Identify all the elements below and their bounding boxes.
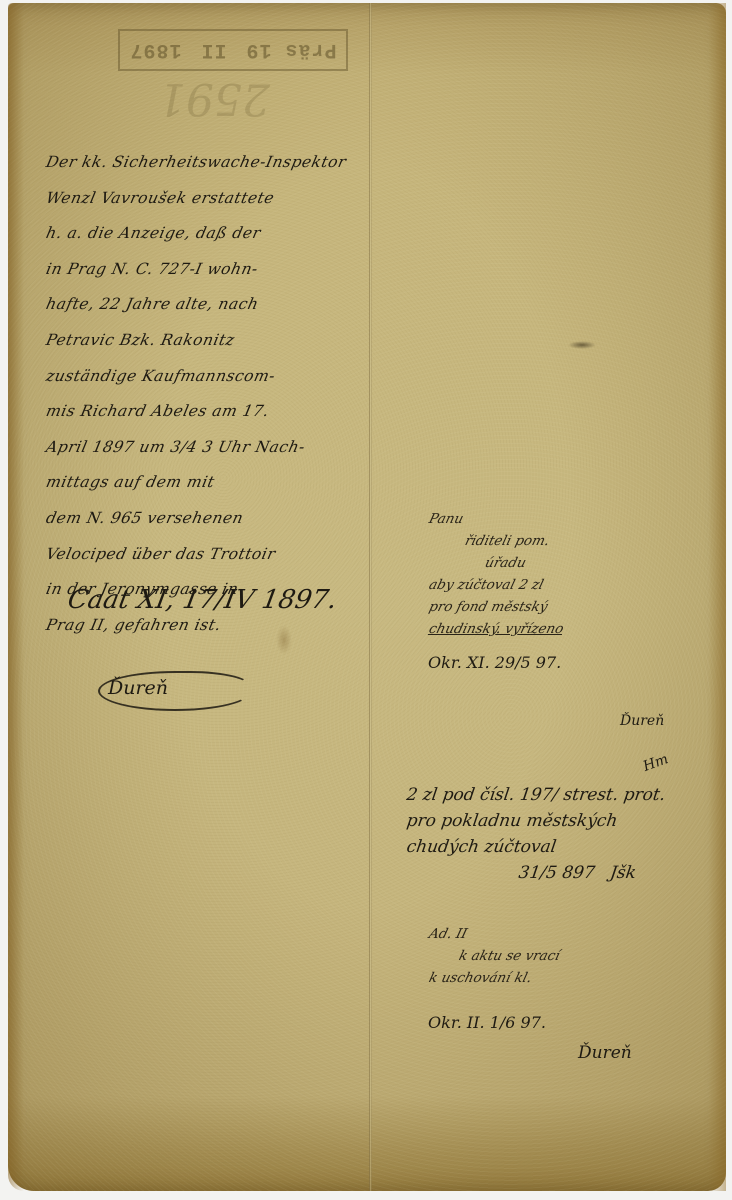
note-2: 2 zl pod čísl. 197/ strest. prot. pro po… (406, 787, 665, 891)
text-line: k aktu se vrací (425, 950, 561, 972)
text-line: Prag II, gefahren ist. (40, 618, 347, 654)
document-sheet: Präs 19 II 1897 2591 Der kk. Sicherheits… (8, 3, 726, 1191)
text-line: 31/5 897 Jšk (404, 865, 666, 891)
initial-signature-2: Hm (641, 751, 670, 775)
paper-edge-right (708, 3, 726, 1191)
ink-speck (568, 341, 596, 349)
text-line: mis Richard Abeles am 17. (40, 404, 347, 440)
ink-smudge (276, 625, 292, 655)
note-3: Ad. II k aktu se vrací k uschování kl. (428, 928, 558, 994)
text-line: Petravic Bzk. Rakonitz (40, 333, 347, 369)
note-2-signature: Jšk (599, 863, 638, 883)
text-line: Der kk. Sicherheitswache-Inspektor (40, 155, 347, 191)
text-line: zuständige Kaufmannscom- (40, 369, 347, 405)
center-fold (369, 3, 372, 1191)
text-line: mittags auf dem mit (40, 475, 347, 511)
text-line: pro fond městský (425, 601, 565, 623)
text-line: h. a. die Anzeige, daß der (40, 226, 347, 262)
note-1: Panu řiditeli pom. úřadu aby zúčtoval 2 … (428, 513, 562, 645)
main-report-text: Der kk. Sicherheitswache-Inspektor Wenzl… (44, 155, 344, 653)
signature-flourish (98, 671, 252, 711)
text-line: dem N. 965 versehenen (40, 511, 347, 547)
note-1-date: Okr. XI. 29/5 97. (428, 655, 561, 671)
text-line: řiditeli pom. (425, 535, 565, 557)
text-line: Ad. II (425, 928, 561, 950)
text-line: hafte, 22 Jahre alte, nach (40, 297, 347, 333)
note-2-date: 31/5 897 (517, 863, 596, 883)
note-3-date: Okr. II. 1/6 97. (428, 1015, 546, 1031)
faint-file-number: 2591 (158, 73, 270, 124)
text-line: pro pokladnu městských (404, 813, 666, 839)
text-line: April 1897 um 3/4 3 Uhr Nach- (40, 440, 347, 476)
text-line: chudých zúčtoval (404, 839, 666, 865)
initial-signature-1: Ďureň (620, 713, 664, 729)
report-date: Caat XI, 17/IV 1897. (66, 587, 339, 613)
text-line: k uschování kl. (425, 972, 561, 994)
stamp-part: Präs 19 (246, 39, 337, 62)
text-line: in Prag N. C. 727-I wohn- (40, 262, 347, 298)
text-line: úřadu (425, 557, 565, 579)
text-line: 2 zl pod čísl. 197/ strest. prot. (404, 787, 666, 813)
text-line: aby zúčtoval 2 zl (425, 579, 565, 601)
note-3-signature: Ďureň (578, 1043, 632, 1063)
text-line: Velociped über das Trottoir (40, 547, 347, 583)
text-line: chudinský. vyřízeno (425, 623, 565, 645)
stamp-part: 1897 (130, 39, 182, 62)
registry-stamp: Präs 19 II 1897 (118, 29, 348, 71)
text-line: Panu (425, 513, 565, 535)
paper-edge-left (8, 3, 24, 1191)
stamp-part: II (201, 39, 227, 62)
text-line: Wenzl Vavroušek erstattete (40, 191, 347, 227)
signature-main: Ďureň (108, 679, 168, 698)
